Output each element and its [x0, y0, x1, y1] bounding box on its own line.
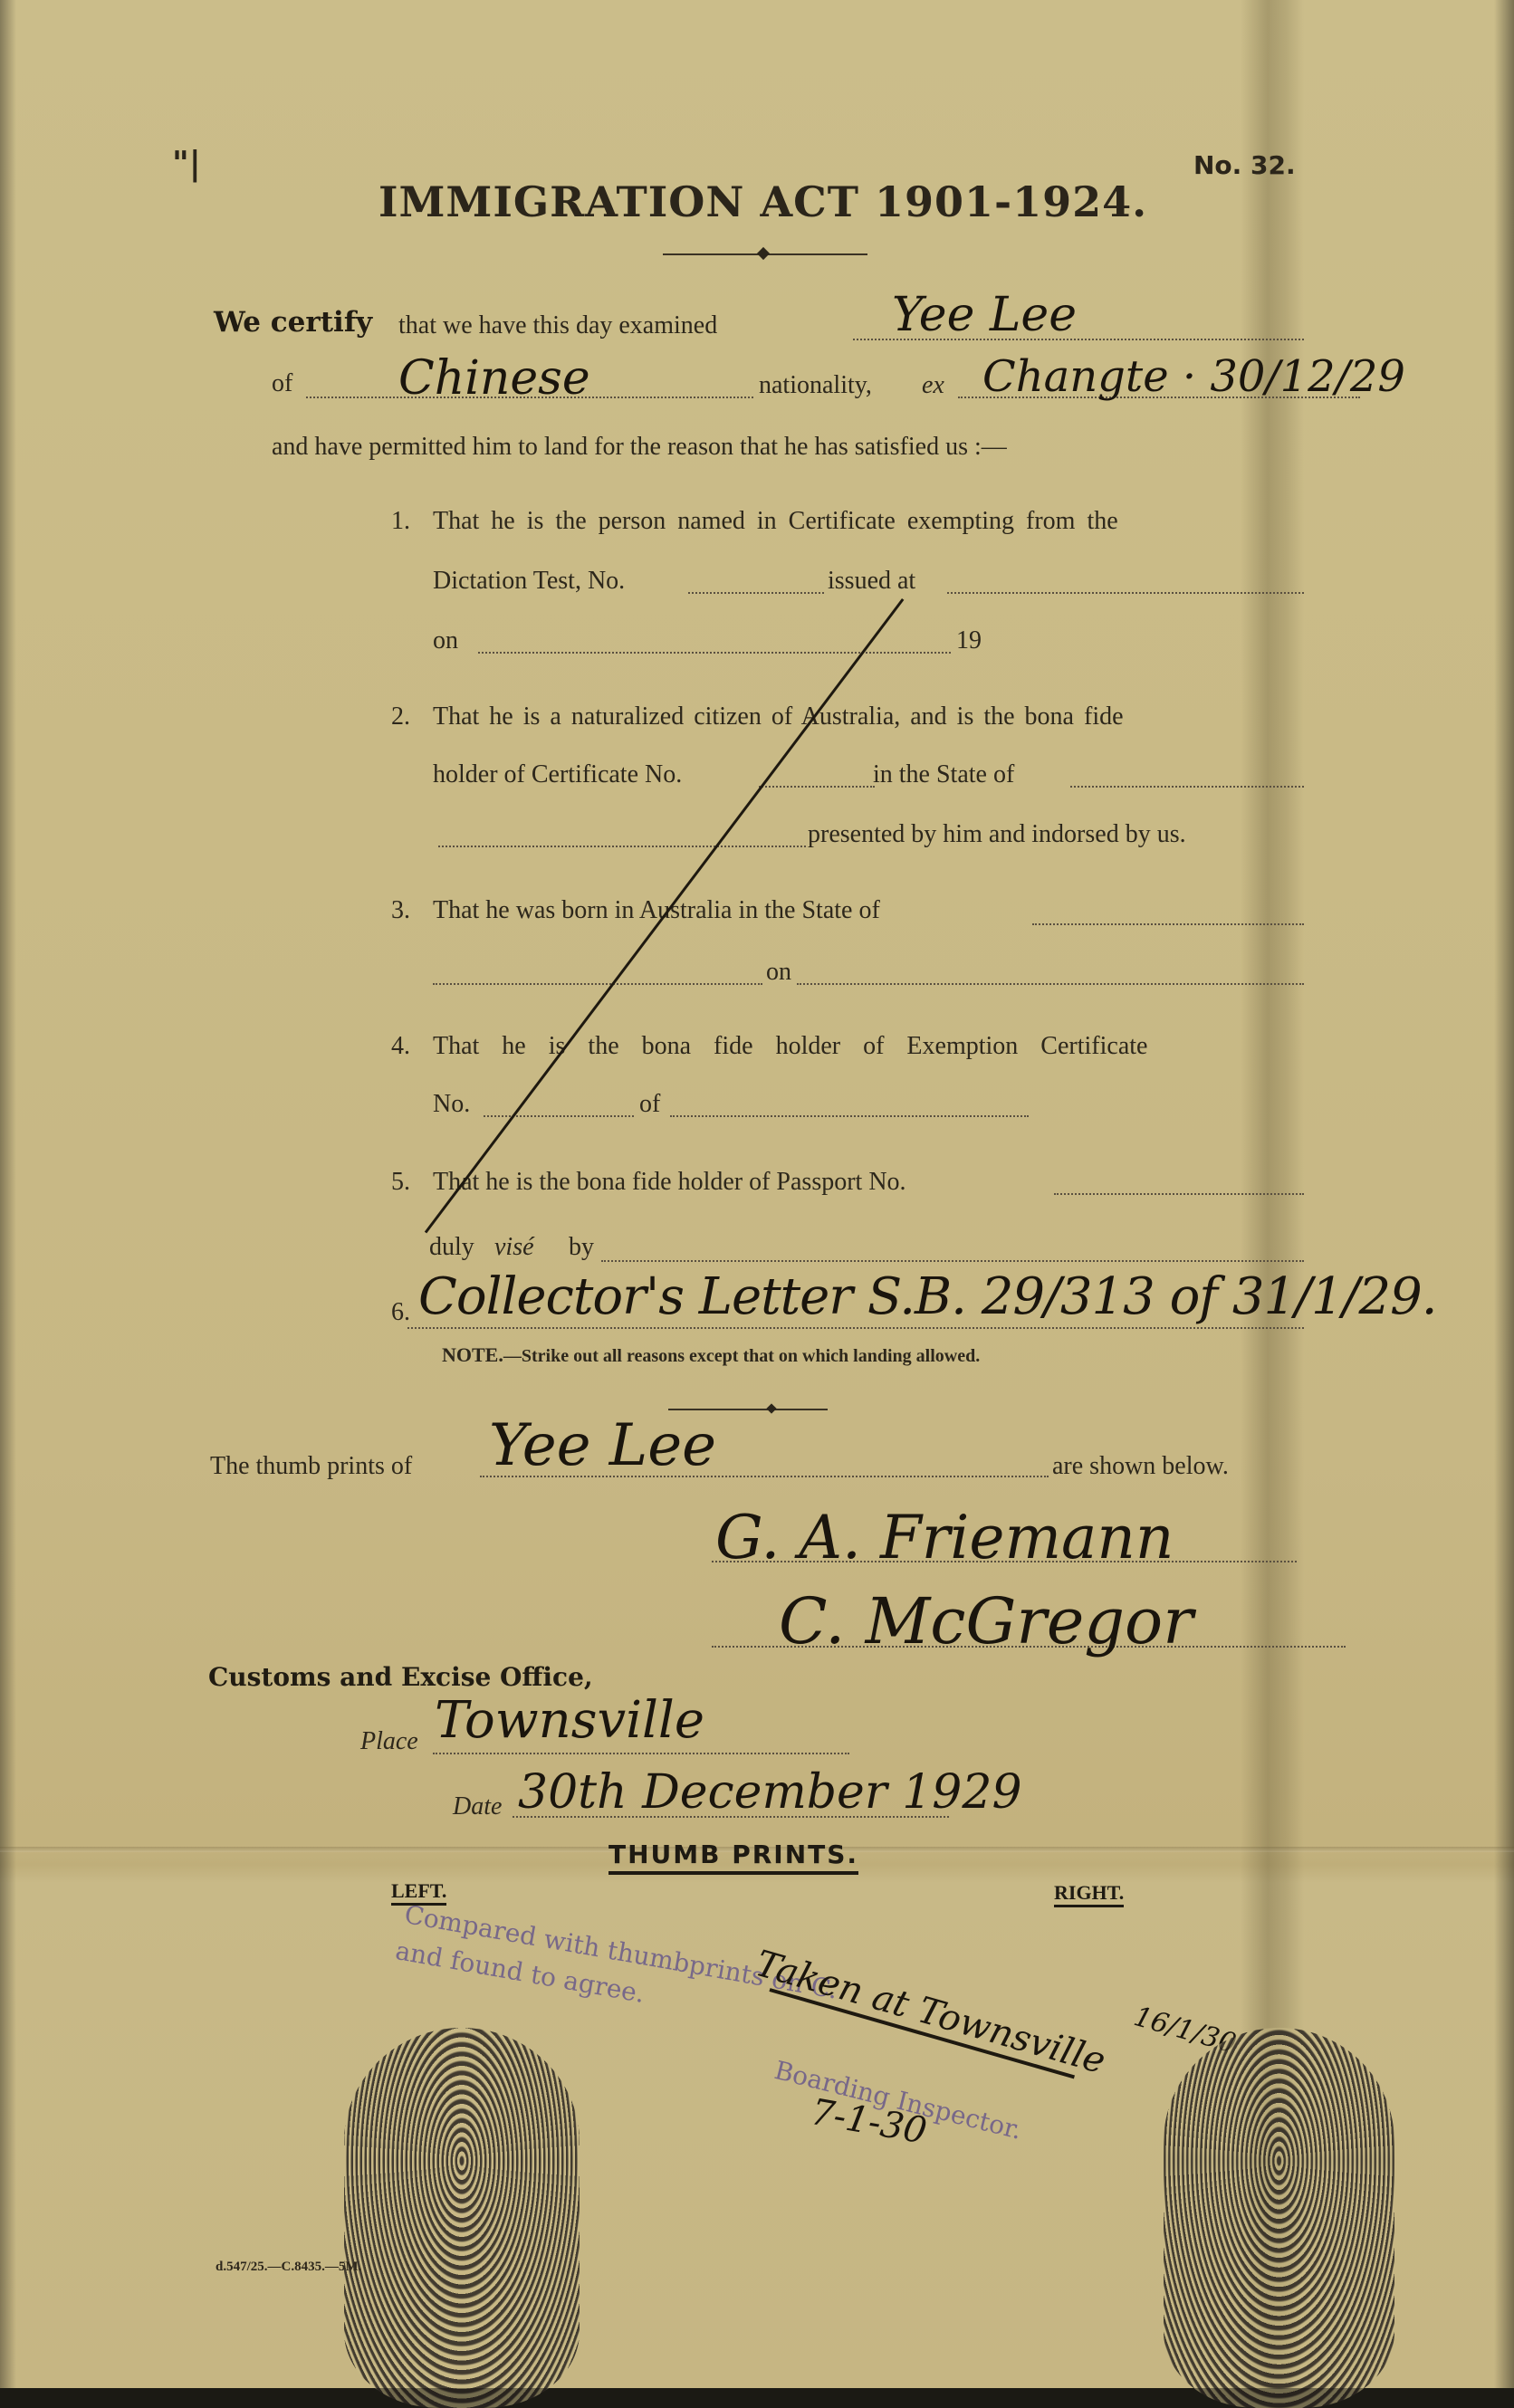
reason-5-by-label: by [569, 1233, 594, 1262]
reason-4-of-label: of [639, 1090, 660, 1119]
passport-number-line [1054, 1193, 1304, 1195]
reason-5-vise-label: visé [494, 1233, 534, 1262]
reason-5-line1: That he is the bona fide holder of Passp… [433, 1168, 906, 1197]
dictation-number-line [688, 592, 824, 594]
reason-1-dictation-label: Dictation Test, No. [433, 567, 625, 596]
reason-1-number: 1. [391, 507, 410, 536]
office-label: Customs and Excise Office, [208, 1662, 593, 1692]
form-number: No. 32. [1193, 150, 1296, 180]
reason-3-on-label: on [766, 958, 791, 987]
thumb-prints-name-value: Yee Lee [489, 1412, 716, 1479]
title-ornament-diamond-icon [757, 247, 770, 260]
printer-code: d.547/25.—C.8435.—5M. [216, 2260, 361, 2275]
signature-1: G. A. Friemann [715, 1503, 1174, 1572]
reason-5-duly-label: duly [429, 1233, 474, 1262]
certify-lead: We certify [214, 306, 372, 339]
place-value: Townsville [435, 1691, 704, 1750]
certify-text: that we have this day examined [398, 311, 717, 340]
signature-2: C. McGregor [779, 1584, 1193, 1658]
reason-1-year-label: 19 [956, 626, 982, 655]
reason-2-certificate-label: holder of Certificate No. [433, 760, 682, 789]
document-title: IMMIGRATION ACT 1901-1924. [378, 177, 1147, 226]
thumb-prints-label: The thumb prints of [210, 1452, 412, 1481]
reason-6-line [407, 1327, 1304, 1329]
exemption-of-line [670, 1115, 1029, 1117]
reason-5-number: 5. [391, 1168, 410, 1197]
state-line [1070, 786, 1304, 788]
right-thumbprint [1164, 2028, 1394, 2388]
nationality-label: nationality, [759, 371, 872, 400]
certificate-number-line [759, 786, 875, 788]
ship-value: Changte · 30/12/29 [982, 351, 1405, 402]
reason-3-line1: That he was born in Australia in the Sta… [433, 896, 880, 925]
born-date-line [797, 983, 1304, 985]
note-ornament-rule [668, 1409, 828, 1410]
of-label: of [272, 369, 292, 398]
reason-4-no-label: No. [433, 1090, 470, 1119]
ex-label: ex [922, 371, 944, 400]
note-text: —Strike out all reasons except that on w… [503, 1346, 980, 1366]
place-label: Place [360, 1727, 418, 1756]
reason-6-number: 6. [391, 1298, 410, 1327]
reason-4-number: 4. [391, 1032, 410, 1061]
right-thumb-label: RIGHT. [1054, 1881, 1124, 1907]
permitted-text: and have permitted him to land for the r… [272, 433, 1007, 462]
place-line [433, 1753, 849, 1754]
reason-1-on-line [478, 652, 951, 654]
born-place-line [433, 983, 762, 985]
margin-mark: "| [172, 145, 201, 183]
presented-line [438, 846, 806, 847]
date-label: Date [453, 1792, 502, 1821]
reason-2-line3: presented by him and indorsed by us. [808, 820, 1186, 849]
note-label: NOTE. [442, 1343, 503, 1366]
certificate-page: "| No. 32. IMMIGRATION ACT 1901-1924. We… [0, 0, 1514, 2388]
born-state-line [1032, 923, 1304, 925]
note-ornament-diamond-icon [766, 1403, 776, 1413]
reason-1-on-label: on [433, 626, 458, 655]
reason-4-line1: That he is the bona fide holder of Exemp… [433, 1032, 1147, 1061]
left-thumbprint [344, 2028, 580, 2388]
thumb-prints-heading: THUMB PRINTS. [608, 1839, 858, 1875]
nationality-value: Chinese [398, 351, 590, 406]
reason-2-number: 2. [391, 702, 410, 731]
thumb-prints-suffix: are shown below. [1052, 1452, 1229, 1481]
reason-2-state-label: in the State of [873, 760, 1014, 789]
reason-1-issued-label: issued at [828, 567, 915, 596]
date-value: 30th December 1929 [518, 1765, 1022, 1820]
reason-6-handwritten-value: Collector's Letter S.B. 29/313 of 31/1/2… [418, 1267, 1437, 1326]
issued-at-line [947, 592, 1304, 594]
note: NOTE.—Strike out all reasons except that… [442, 1343, 980, 1367]
reason-1-line1: That he is the person named in Certifica… [433, 507, 1118, 536]
reason-3-number: 3. [391, 896, 410, 925]
reason-2-line1: That he is a naturalized citizen of Aust… [433, 702, 1124, 731]
exemption-number-line [484, 1115, 634, 1117]
examined-name-value: Yee Lee [892, 288, 1077, 342]
vise-by-line [601, 1260, 1304, 1262]
